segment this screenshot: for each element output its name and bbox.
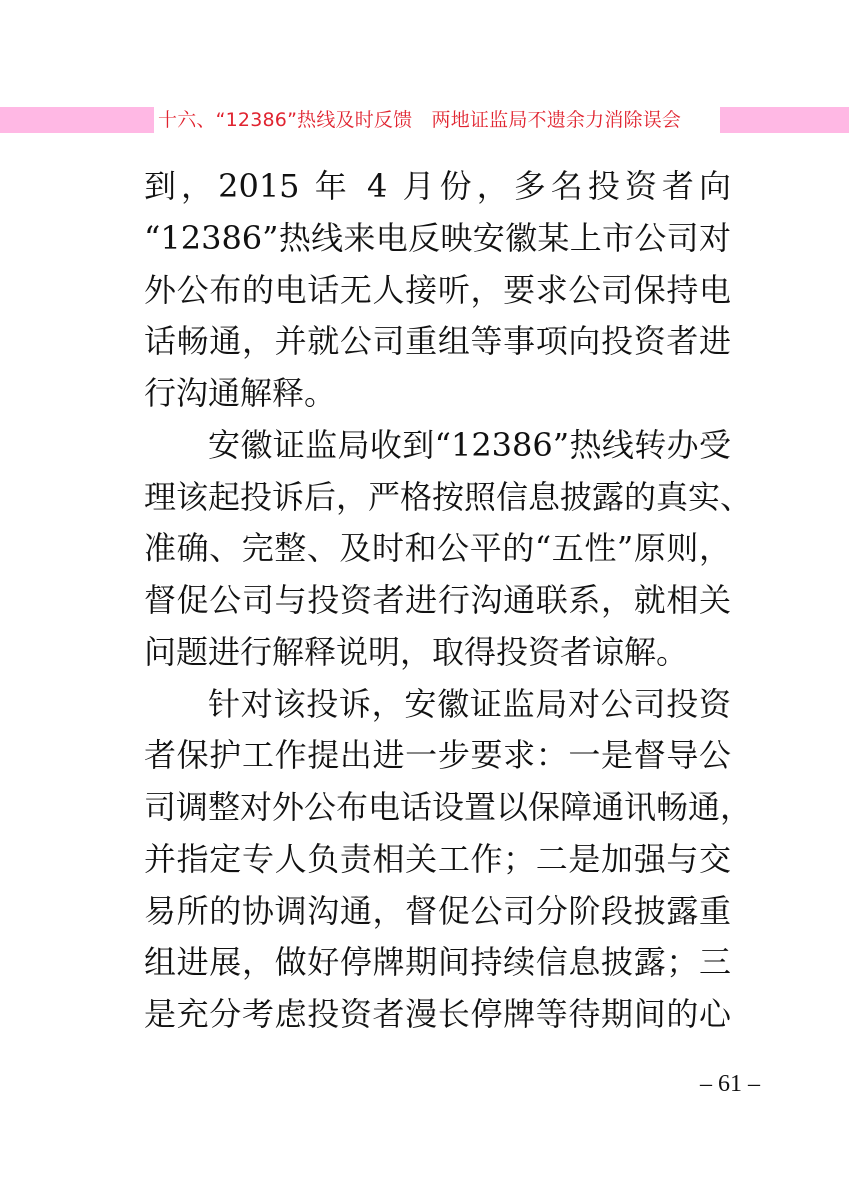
text-line: 准确、完整、及时和公平的“五性”原则， [144,523,731,575]
text-line: 问题进行解释说明，取得投资者谅解。 [144,627,731,679]
text-line: 司调整对外公布电话设置以保障通讯畅通， [144,782,731,834]
body-text: 到，2015 年 4 月份，多名投资者向 “12386”热线来电反映安徽某上市公… [144,161,734,1041]
text-line: 行沟通解释。 [144,368,731,420]
running-header-title: 十六、“12386”热线及时反馈 两地证监局不遗余力消除误会 [158,104,718,136]
paragraph-2: 安徽证监局收到“12386”热线转办受 理该起投诉后，严格按照信息披露的真实、 … [144,420,734,679]
text-line: “12386”热线来电反映安徽某上市公司对 [144,213,731,265]
paragraph-1: 到，2015 年 4 月份，多名投资者向 “12386”热线来电反映安徽某上市公… [144,161,734,420]
page-number: – 61 – [700,1068,780,1100]
text-line: 组进展，做好停牌期间持续信息披露；三 [144,937,731,989]
header-decor-band-left [0,107,154,133]
text-line: 外公布的电话无人接听，要求公司保持电 [144,265,731,317]
text-line: 易所的协调沟通，督促公司分阶段披露重 [144,886,731,938]
text-line: 是充分考虑投资者漫长停牌等待期间的心 [144,989,731,1041]
text-line: 并指定专人负责相关工作；二是加强与交 [144,834,731,886]
text-line: 针对该投诉，安徽证监局对公司投资 [144,679,731,731]
paragraph-3: 针对该投诉，安徽证监局对公司投资 者保护工作提出进一步要求：一是督导公 司调整对… [144,679,734,1041]
header-decor-band-right [720,107,849,133]
text-line: 督促公司与投资者进行沟通联系，就相关 [144,575,731,627]
text-line: 理该起投诉后，严格按照信息披露的真实、 [144,472,731,524]
text-line: 安徽证监局收到“12386”热线转办受 [144,420,731,472]
text-line: 到，2015 年 4 月份，多名投资者向 [144,161,731,213]
text-line: 者保护工作提出进一步要求：一是督导公 [144,730,731,782]
text-line: 话畅通，并就公司重组等事项向投资者进 [144,316,731,368]
